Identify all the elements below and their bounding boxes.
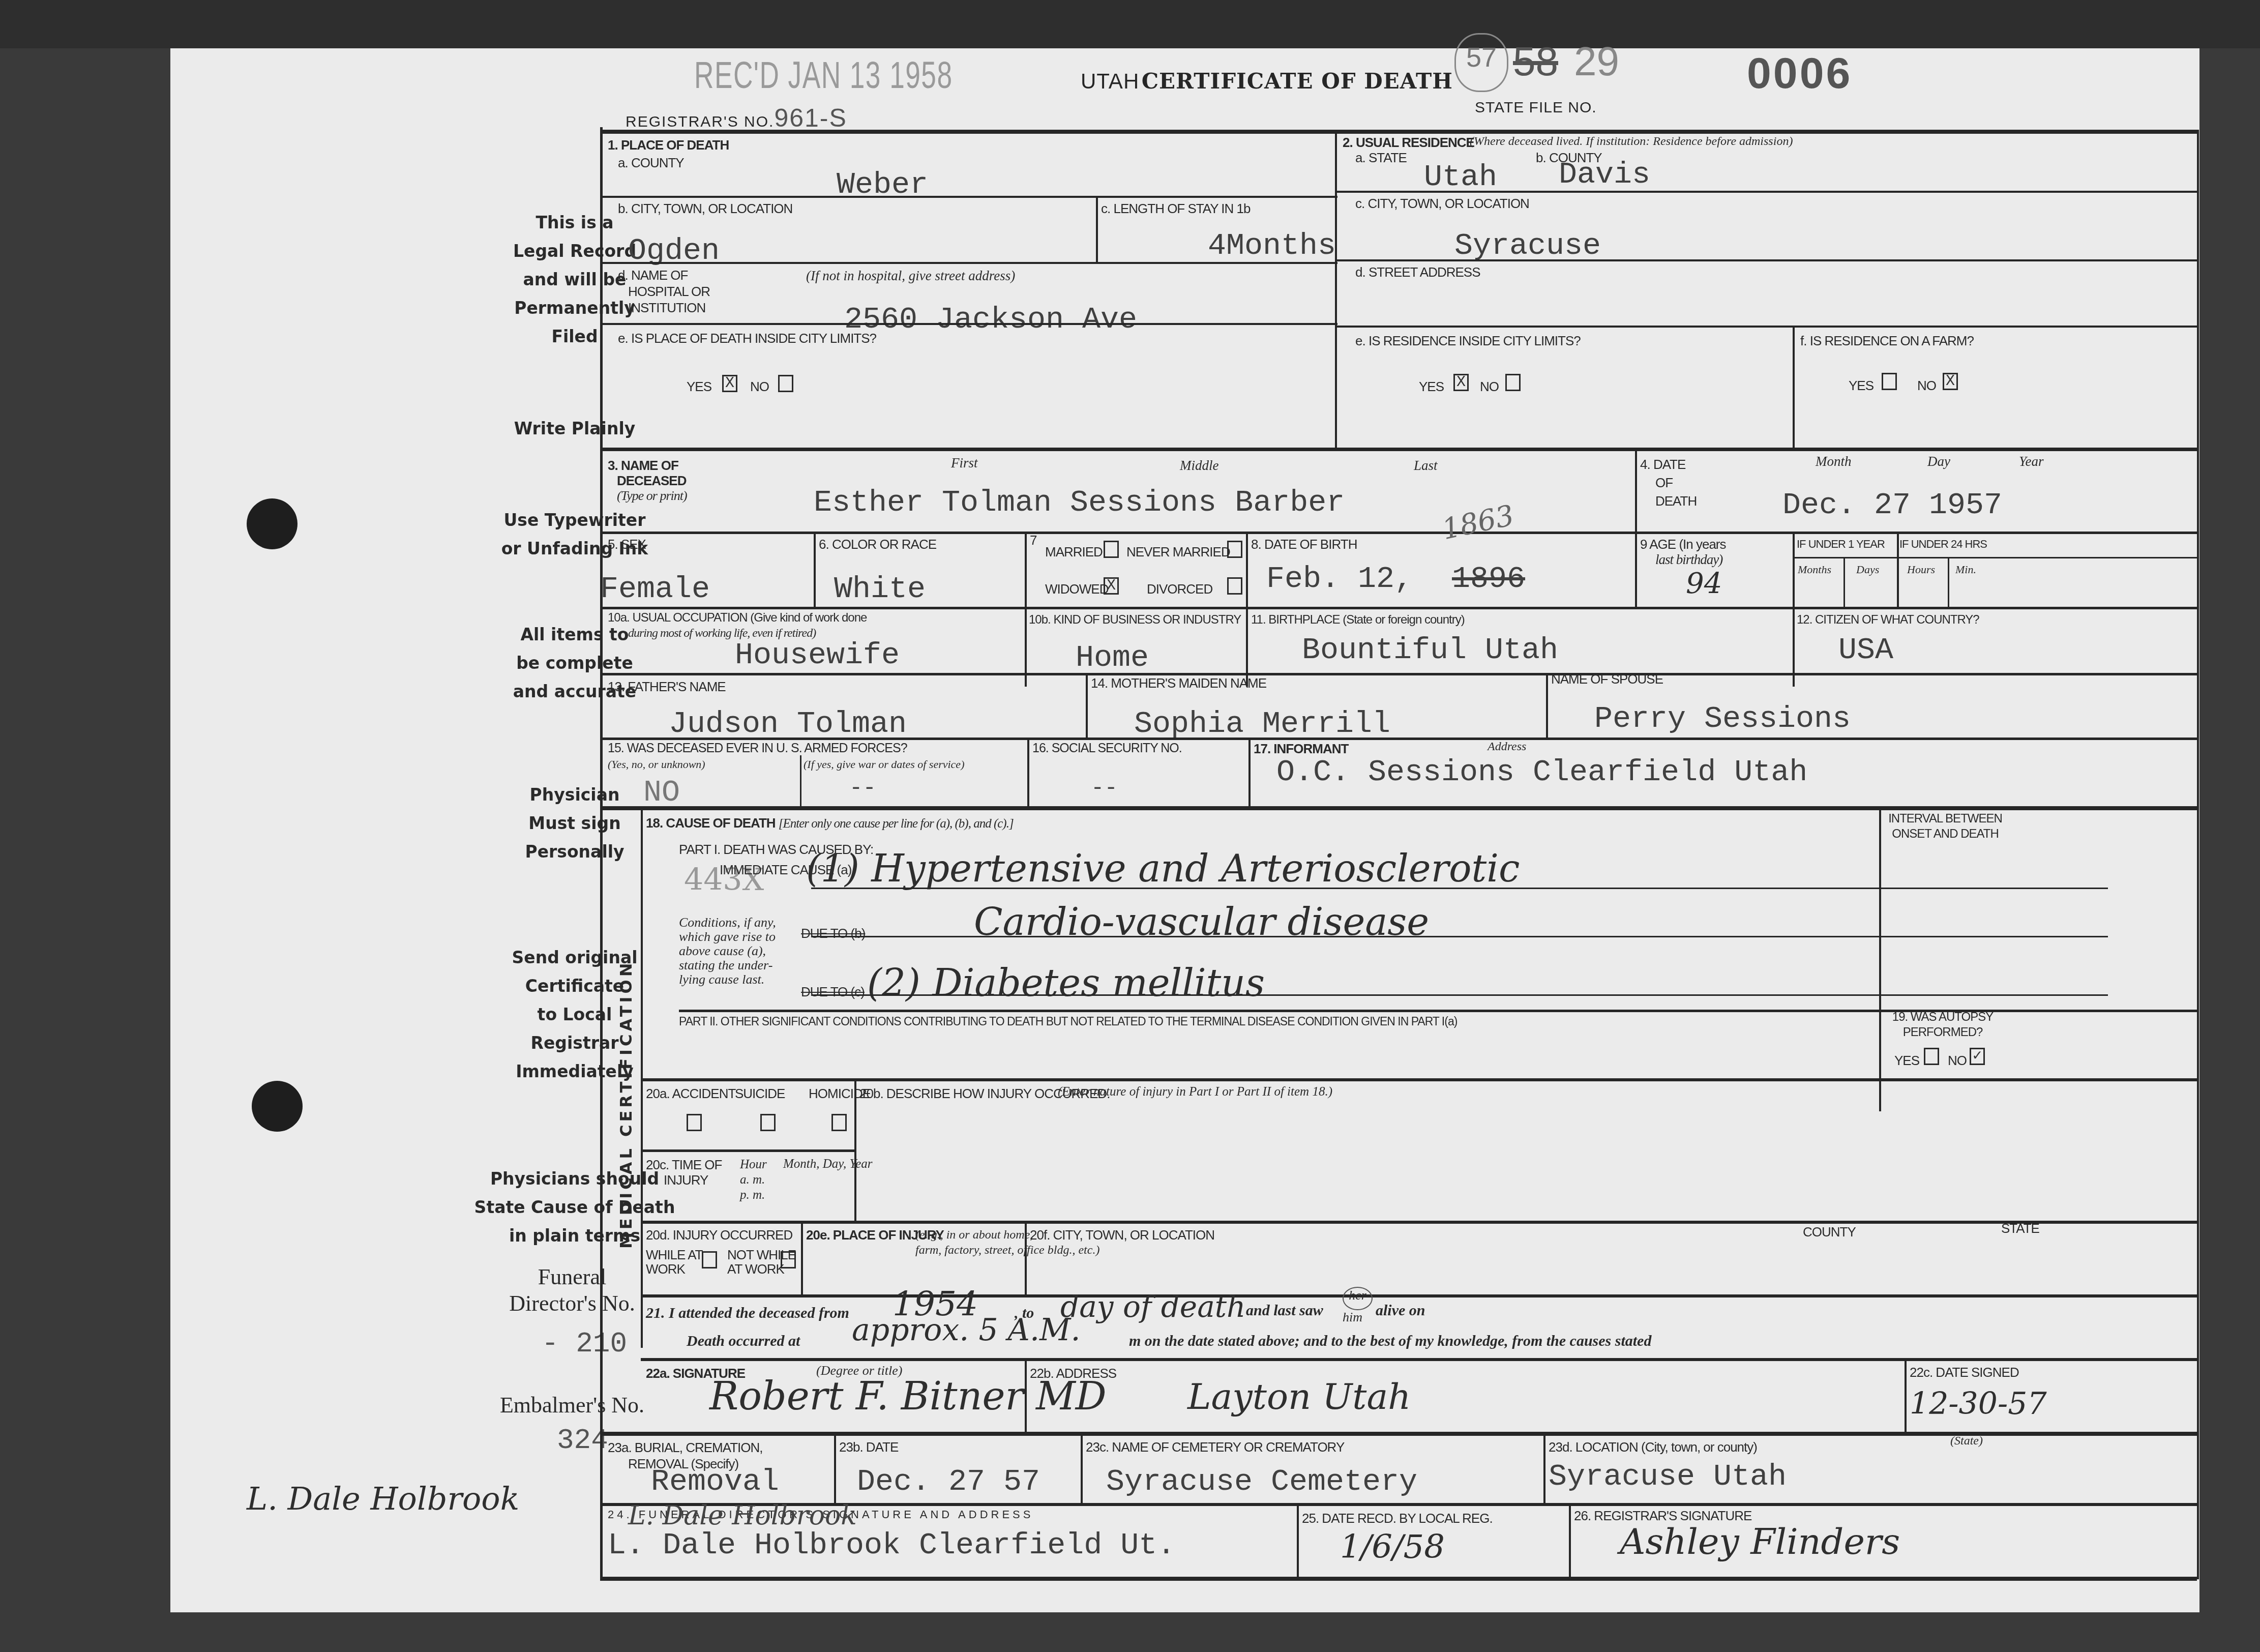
no-label: NO: [1480, 379, 1499, 395]
state-file-no-label: STATE FILE NO.: [1475, 99, 1597, 116]
middle-label: Middle: [1180, 458, 1218, 474]
usual-residence-hint: (Where deceased lived. If institution: R…: [1470, 135, 1793, 149]
divider: [600, 673, 2197, 675]
divider: [600, 448, 2197, 451]
injury-city-label: 20f. CITY, TOWN, OR LOCATION: [1030, 1227, 1214, 1243]
file-number-suffix: 29: [1574, 38, 1619, 85]
divider: [600, 737, 2197, 740]
autopsy-no-checkbox[interactable]: ✓: [1970, 1048, 1985, 1065]
age-label: 9 AGE (In yearslast birthday): [1640, 537, 1726, 567]
under-24-hrs-label: IF UNDER 24 HRS: [1899, 538, 1987, 551]
divider: [1027, 737, 1029, 809]
month-day-year-label: Month, Day, Year: [783, 1157, 872, 1171]
burial-value: Removal: [651, 1465, 779, 1499]
res-street-label: d. STREET ADDRESS: [1355, 264, 1480, 280]
disposition-date-label: 23b. DATE: [839, 1439, 898, 1455]
deceased-name-value: Esther Tolman Sessions Barber: [814, 486, 1345, 520]
punch-hole-bottom: [252, 1081, 303, 1132]
father-label: 13. FATHER'S NAME: [608, 679, 726, 695]
armed-forces-label: 15. WAS DECEASED EVER IN U. S. ARMED FOR…: [608, 741, 907, 756]
yes-label: YES: [687, 379, 711, 395]
date-of-birth-label: 8. DATE OF BIRTH: [1251, 537, 1357, 552]
res-inside-city-label: e. IS RESIDENCE INSIDE CITY LIMITS?: [1355, 333, 1581, 349]
birthplace-label: 11. BIRTHPLACE (State or foreign country…: [1251, 613, 1465, 627]
last-saw-label: and last saw: [1246, 1302, 1323, 1319]
yes-label: YES: [1849, 378, 1874, 394]
divider: [600, 323, 1337, 325]
divider: [1081, 1434, 1083, 1506]
father-value: Judson Tolman: [669, 707, 907, 742]
min-label: Min.: [1955, 563, 1976, 576]
yes-label: YES: [1894, 1053, 1919, 1069]
suicide-label: SUICIDE: [735, 1086, 785, 1102]
married-checkbox[interactable]: [1104, 541, 1119, 558]
divider: [600, 607, 2197, 609]
interval-label: INTERVAL BETWEEN ONSET AND DEATH: [1884, 811, 2006, 842]
injury-occurred-label: 20d. INJURY OCCURRED: [646, 1227, 792, 1243]
alive-on-label: alive on: [1376, 1302, 1425, 1319]
citizen-value: USA: [1838, 633, 1893, 668]
divider: [600, 532, 2197, 534]
divider: [1905, 1358, 1907, 1434]
due-to-c-label: DUE TO (c): [801, 984, 865, 1000]
registrar-signature: Ashley Flinders: [1620, 1521, 1900, 1562]
usual-residence-label: 2. USUAL RESIDENCE: [1343, 135, 1474, 151]
cause-b-value: Cardio-vascular disease: [974, 900, 1429, 944]
res-city-label: c. CITY, TOWN, OR LOCATION: [1355, 196, 1529, 212]
received-stamp: REC'D JAN 13 1958: [694, 53, 953, 97]
cause-b-line: [811, 936, 2108, 937]
length-of-stay-label: c. LENGTH OF STAY IN 1b: [1101, 201, 1250, 217]
form-right-edge: [2197, 130, 2199, 1579]
medical-certification-label: MEDICAL CERTIFICATION: [616, 960, 636, 1249]
cemetery-value: Syracuse Cemetery: [1106, 1465, 1417, 1499]
widowed-checkbox[interactable]: X: [1104, 577, 1119, 595]
divider: [641, 1149, 854, 1152]
city-label: b. CITY, TOWN, OR LOCATION: [618, 201, 792, 217]
race-value: White: [834, 572, 926, 607]
form-top-rule: [600, 130, 2197, 134]
conditions-note: Conditions, if any, which gave rise to a…: [679, 916, 776, 987]
marital-label-number: 7: [1030, 533, 1036, 548]
death-inside-city-label: e. IS PLACE OF DEATH INSIDE CITY LIMITS?: [618, 331, 876, 346]
cause-c-value: (2) Diabetes mellitus: [867, 961, 1265, 1005]
deceased-name-label: 3. NAME OFDECEASED(Type or print): [608, 458, 687, 504]
divider: [641, 1078, 2197, 1081]
state-file-number-value: 0006: [1747, 48, 1852, 99]
while-at-work-checkbox[interactable]: [702, 1251, 717, 1268]
divorced-label: DIVORCED: [1147, 581, 1212, 597]
autopsy-label: 19. WAS AUTOPSY PERFORMED?: [1884, 1010, 2001, 1040]
res-farm-label: f. IS RESIDENCE ON A FARM?: [1800, 333, 1974, 349]
divider: [834, 1434, 836, 1506]
place-of-death-label: 1. PLACE OF DEATH: [608, 137, 729, 153]
divider: [1025, 532, 1027, 608]
address-label: Address: [1488, 740, 1526, 754]
divider: [1793, 532, 1795, 608]
hours-label: Hours: [1907, 563, 1935, 576]
date-received-value: 1/6/58: [1340, 1528, 1445, 1566]
divider: [600, 262, 1337, 264]
death-certificate: REC'D JAN 13 1958 REGISTRAR'S NO.961-S U…: [170, 48, 2199, 1612]
time-of-injury-label: 20c. TIME OFINJURY: [646, 1157, 722, 1188]
sex-value: Female: [600, 572, 710, 607]
divorced-checkbox[interactable]: [1227, 577, 1242, 595]
margin-funeral-director-signature: L. Dale Holbrook: [247, 1480, 519, 1517]
res-inside-city-yes-checkbox[interactable]: X: [1453, 374, 1469, 391]
certifier-address-label: 22b. ADDRESS: [1030, 1366, 1116, 1381]
hospital-hint: (If not in hospital, give street address…: [806, 268, 1015, 284]
attended-from-label: 21. I attended the deceased from: [646, 1305, 849, 1322]
informant-label: 17. INFORMANT: [1254, 741, 1348, 757]
divider: [1248, 737, 1251, 809]
business-label: 10b. KIND OF BUSINESS OR INDUSTRY: [1029, 613, 1241, 627]
death-statement: m on the date stated above; and to the b…: [1129, 1333, 1651, 1350]
first-label: First: [951, 455, 978, 471]
res-county-value: Davis: [1559, 158, 1650, 192]
form-bottom-rule: [600, 1577, 2197, 1581]
cause-a-value: (1) Hypertensive and Arteriosclerotic: [806, 847, 1520, 891]
divider: [1897, 532, 1899, 608]
county-label: a. COUNTY: [618, 155, 684, 171]
homicide-checkbox[interactable]: [831, 1114, 847, 1131]
divider: [1843, 557, 1845, 608]
widowed-label: WIDOWED: [1045, 581, 1108, 597]
year-label: Year: [2019, 454, 2044, 469]
injury-description-hint: (Enter nature of injury in Part I or Par…: [1058, 1085, 1332, 1099]
punch-hole-top: [247, 498, 298, 549]
occupation-label: 10a. USUAL OCCUPATION (Give kind of work…: [608, 610, 867, 641]
date-signed-label: 22c. DATE SIGNED: [1910, 1365, 2019, 1380]
armed-forces-value: NO: [643, 776, 680, 810]
location-label: 23d. LOCATION (City, town, or county): [1549, 1439, 1757, 1455]
suicide-checkbox[interactable]: [760, 1114, 776, 1131]
res-city-value: Syracuse: [1454, 229, 1601, 263]
divider: [641, 1221, 2197, 1224]
race-label: 6. COLOR OR RACE: [819, 537, 936, 552]
divider: [1546, 673, 1548, 739]
part2-label: PART II. OTHER SIGNIFICANT CONDITIONS CO…: [679, 1015, 1457, 1028]
divider: [1246, 532, 1248, 608]
ssn-value: --: [1091, 776, 1118, 801]
res-farm-yes-checkbox[interactable]: [1882, 373, 1897, 390]
months-label: Months: [1798, 563, 1831, 576]
length-of-stay-value: 4Months: [1208, 229, 1336, 263]
occupation-value: Housewife: [735, 638, 900, 673]
divider: [1543, 1434, 1545, 1506]
title-prefix: UTAH: [1081, 69, 1139, 93]
cause-of-death-label: 18. CAUSE OF DEATH [Enter only one cause…: [646, 815, 1014, 831]
date-of-death-value: Dec. 27 1957: [1782, 488, 2002, 523]
married-label: MARRIED: [1045, 544, 1103, 560]
divider: [600, 196, 1337, 198]
funeral-director-signature: L. Dale Holbrook: [628, 1500, 857, 1531]
no-label: NO: [1917, 378, 1936, 394]
res-state-value: Utah: [1424, 160, 1497, 195]
res-inside-city-no-checkbox[interactable]: [1505, 374, 1521, 391]
him-label: him: [1343, 1310, 1362, 1325]
divider: [1335, 326, 2197, 328]
divider: [854, 1078, 856, 1223]
divider: [1335, 191, 2197, 193]
mother-label: 14. MOTHER'S MAIDEN NAME: [1091, 675, 1266, 691]
spouse-label: NAME OF SPOUSE: [1551, 671, 1663, 687]
date-of-death-label: 4. DATEOFDEATH: [1640, 455, 1697, 510]
location-value: Syracuse Utah: [1549, 1460, 1787, 1494]
divider: [1025, 1358, 1027, 1434]
scan-top-border: [0, 0, 2260, 48]
death-inside-city-no-checkbox[interactable]: [778, 375, 793, 392]
day-label: Day: [1927, 454, 1950, 469]
spouse-value: Perry Sessions: [1594, 702, 1851, 736]
service-dates-hint: (If yes, give war or dates of service): [804, 758, 964, 771]
birthplace-value: Bountiful Utah: [1302, 633, 1558, 668]
title-text: CERTIFICATE OF DEATH: [1142, 69, 1453, 94]
sex-label: 5. SEX: [608, 537, 646, 552]
never-married-label: NEVER MARRIED: [1126, 544, 1230, 560]
business-value: Home: [1076, 641, 1149, 675]
cause-c-line: [811, 994, 2108, 996]
accident-checkbox[interactable]: [687, 1114, 702, 1131]
ssn-label: 16. SOCIAL SECURITY NO.: [1032, 741, 1182, 756]
date-signed-value: 12-30-57: [1910, 1386, 2047, 1422]
divider: [1335, 259, 2197, 261]
cause-a-line: [811, 888, 2108, 889]
last-label: Last: [1414, 458, 1438, 474]
no-label: NO: [1948, 1053, 1967, 1069]
divider: [1793, 326, 1795, 450]
hour-ampm-labels: Houra. m.p. m.: [740, 1157, 767, 1203]
injury-state-label: STATE: [2001, 1221, 2039, 1236]
accident-label: 20a. ACCIDENT: [646, 1086, 735, 1102]
under-1-year-label: IF UNDER 1 YEAR: [1797, 538, 1885, 551]
never-married-checkbox[interactable]: [1227, 541, 1242, 558]
divider: [1569, 1503, 1571, 1579]
autopsy-yes-checkbox[interactable]: [1924, 1048, 1939, 1065]
divider: [641, 1294, 2197, 1297]
divider: [1635, 532, 1637, 608]
divider: [814, 532, 816, 608]
mother-value: Sophia Merrill: [1134, 707, 1390, 742]
armed-forces-hint: (Yes, no, or unknown): [608, 758, 705, 771]
informant-value: O.C. Sessions Clearfield Utah: [1276, 755, 1807, 790]
divider: [1335, 130, 1337, 450]
res-farm-no-checkbox[interactable]: X: [1943, 373, 1958, 390]
dob-typed-value: Feb. 12,: [1266, 562, 1413, 597]
injury-county-label: COUNTY: [1803, 1224, 1856, 1240]
no-label: NO: [750, 379, 769, 395]
yes-label: YES: [1419, 379, 1444, 395]
divider: [800, 755, 801, 809]
cemetery-label: 23c. NAME OF CEMETERY OR CREMATORY: [1086, 1439, 1344, 1455]
attended-to-value: day of death: [1060, 1289, 1245, 1324]
her-circled: her: [1343, 1287, 1373, 1310]
due-to-b-label: DUE TO (b): [801, 926, 865, 941]
circled-number: 57: [1454, 33, 1508, 92]
divider: [1297, 1503, 1299, 1579]
res-state-label: a. STATE: [1355, 150, 1407, 166]
hospital-value: 2560 Jackson Ave: [844, 303, 1137, 337]
not-while-at-work-checkbox[interactable]: [781, 1251, 796, 1268]
citizen-label: 12. CITIZEN OF WHAT COUNTRY?: [1797, 613, 1979, 627]
divider: [641, 1358, 2197, 1361]
divider: [1635, 450, 1637, 534]
document-title: UTAH CERTIFICATE OF DEATH: [1081, 69, 1453, 94]
dob-struck-year: 1896: [1452, 562, 1525, 597]
divider: [1948, 557, 1949, 608]
month-label: Month: [1816, 454, 1852, 469]
certifier-address-value: Layton Utah: [1187, 1376, 1411, 1418]
divider: [1793, 557, 2197, 558]
divider: [1025, 1221, 1027, 1297]
death-inside-city-yes-checkbox[interactable]: X: [722, 375, 737, 392]
struck-file-number: 58: [1513, 38, 1558, 85]
while-at-work-label: WHILE AT WORK: [646, 1248, 702, 1276]
divider: [1096, 196, 1098, 262]
hospital-label: d. NAME OFHOSPITAL ORINSTITUTION: [618, 267, 710, 316]
death-time-value: approx. 5 A.M.: [852, 1312, 1081, 1348]
death-occurred-label: Death occurred at: [687, 1333, 800, 1350]
location-state-label: (State): [1950, 1434, 1983, 1448]
age-value: 94: [1686, 567, 1722, 600]
days-label: Days: [1856, 563, 1879, 576]
divider: [1086, 673, 1088, 739]
funeral-director-value: L. Dale Holbrook Clearfield Ut.: [608, 1528, 1175, 1563]
disposition-date-value: Dec. 27 57: [857, 1465, 1040, 1499]
date-received-label: 25. DATE RECD. BY LOCAL REG.: [1302, 1511, 1493, 1526]
divider: [1879, 809, 1881, 1111]
divider: [600, 806, 2197, 810]
service-dates-value: --: [849, 776, 876, 801]
divider: [801, 1221, 803, 1297]
